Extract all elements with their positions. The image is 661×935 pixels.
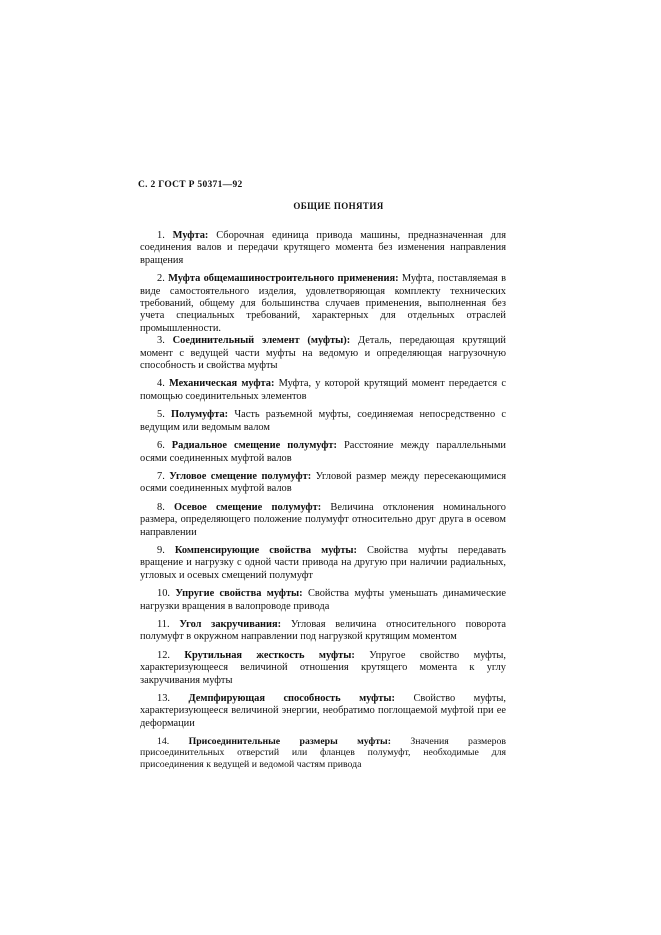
definitions-list: 1. Муфта: Сборочная единица привода маши…: [140, 230, 506, 776]
item-number: 3.: [157, 335, 165, 346]
definition-item-2: 2. Муфта общемашиностроительного примене…: [140, 273, 506, 335]
term: Полумуфта:: [171, 409, 228, 420]
item-number: 9.: [157, 545, 165, 556]
item-number: 8.: [157, 502, 165, 513]
item-number: 12.: [157, 650, 170, 661]
definition-item-4: 4. Механическая муфта: Муфта, у которой …: [140, 378, 506, 403]
definition-item-9: 9. Компенсирующие свойства муфты: Свойст…: [140, 545, 506, 582]
term: Крутильная жесткость муфты:: [184, 650, 354, 661]
definition-item-10: 10. Упругие свойства муфты: Свойства муф…: [140, 588, 506, 613]
page-header: С. 2 ГОСТ Р 50371—92: [138, 180, 243, 190]
definition-item-12: 12. Крутильная жесткость муфты: Упругое …: [140, 650, 506, 687]
term: Угловое смещение полумуфт:: [169, 471, 311, 482]
term: Демпфирующая способность муфты:: [188, 693, 395, 704]
term: Муфта:: [173, 230, 209, 241]
item-number: 10.: [157, 588, 170, 599]
definition-item-14: 14. Присоединительные размеры муфты: Зна…: [140, 736, 506, 770]
item-number: 2.: [157, 273, 165, 284]
section-title-text: ОБЩИЕ ПОНЯТИЯ: [293, 201, 383, 211]
term: Механическая муфта:: [169, 378, 274, 389]
term: Радиальное смещение полумуфт:: [172, 440, 337, 451]
definition-item-7: 7. Угловое смещение полумуфт: Угловой ра…: [140, 471, 506, 496]
definition-item-11: 11. Угол закручивания: Угловая величина …: [140, 619, 506, 644]
definition-item-5: 5. Полумуфта: Часть разъемной муфты, сое…: [140, 409, 506, 434]
item-number: 11.: [157, 619, 170, 630]
item-number: 14.: [157, 736, 169, 747]
section-title: ОБЩИЕ ПОНЯТИЯ: [0, 201, 661, 211]
item-number: 6.: [157, 440, 165, 451]
term: Угол закручивания:: [179, 619, 281, 630]
definition-item-13: 13. Демпфирующая способность муфты: Свой…: [140, 693, 506, 730]
item-number: 7.: [157, 471, 165, 482]
term: Компенсирующие свойства муфты:: [175, 545, 357, 556]
term: Соединительный элемент (муфты):: [173, 335, 351, 346]
item-number: 5.: [157, 409, 165, 420]
definition-item-8: 8. Осевое смещение полумуфт: Величина от…: [140, 502, 506, 539]
term: Присоединительные размеры муфты:: [189, 736, 391, 747]
term: Муфта общемашиностроительного применения…: [168, 273, 398, 284]
item-number: 4.: [157, 378, 165, 389]
item-number: 1.: [157, 230, 165, 241]
definition-item-3: 3. Соединительный элемент (муфты): Детал…: [140, 335, 506, 372]
term: Упругие свойства муфты:: [175, 588, 302, 599]
term: Осевое смещение полумуфт:: [174, 502, 321, 513]
item-number: 13.: [157, 693, 170, 704]
definition-item-1: 1. Муфта: Сборочная единица привода маши…: [140, 230, 506, 267]
definition-item-6: 6. Радиальное смещение полумуфт: Расстоя…: [140, 440, 506, 465]
